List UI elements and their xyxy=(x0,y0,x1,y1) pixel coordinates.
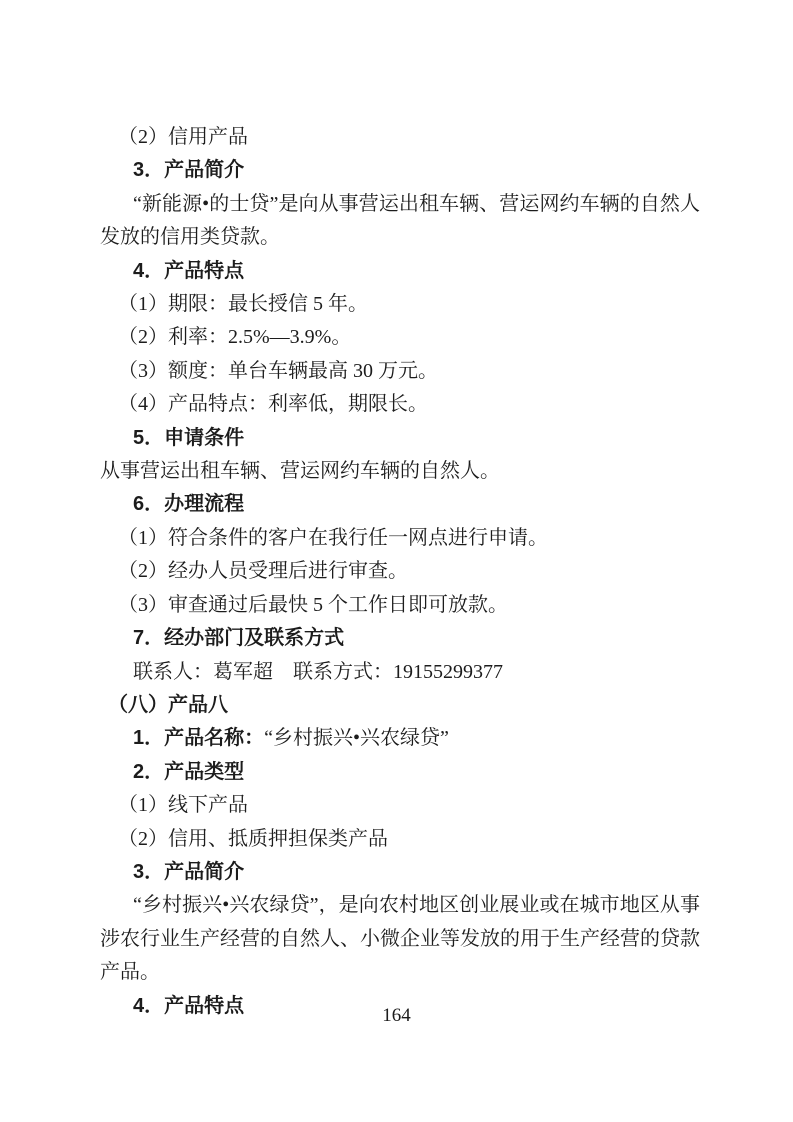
paragraph-item: （3）审查通过后最快 5 个工作日即可放款。 xyxy=(100,589,700,622)
paragraph-para: “新能源•的士贷”是向从事营运出租车辆、营运网约车辆的自然人发放的信用类贷款。 xyxy=(100,188,700,255)
paragraph-item: （1）期限：最长授信 5 年。 xyxy=(100,288,700,321)
paragraph-heading: 2．产品类型 xyxy=(100,756,700,789)
document-body: （2）信用产品3．产品简介“新能源•的士贷”是向从事营运出租车辆、营运网约车辆的… xyxy=(100,121,700,1023)
document-page: （2）信用产品3．产品简介“新能源•的士贷”是向从事营运出租车辆、营运网约车辆的… xyxy=(0,0,793,1122)
paragraph-item: （2）信用、抵质押担保类产品 xyxy=(100,823,700,856)
paragraph-heading: 3．产品简介 xyxy=(100,856,700,889)
paragraph-item: （2）利率：2.5%—3.9%。 xyxy=(100,321,700,354)
paragraph-heading: 6．办理流程 xyxy=(100,488,700,521)
paragraph-heading: 3．产品简介 xyxy=(100,154,700,187)
paragraph-heading: 4．产品特点 xyxy=(100,255,700,288)
page-number: 164 xyxy=(0,1003,793,1029)
paragraph-para: “乡村振兴•兴农绿贷”，是向农村地区创业展业或在城市地区从事涉农行业生产经营的自… xyxy=(100,889,700,989)
paragraph-heading: 7．经办部门及联系方式 xyxy=(100,622,700,655)
paragraph-mixed: 1．产品名称：“乡村振兴•兴农绿贷” xyxy=(100,722,700,755)
paragraph-section: （八）产品八 xyxy=(100,689,700,722)
paragraph-text: “乡村振兴•兴农绿贷” xyxy=(264,727,449,749)
paragraph-item: （4）产品特点：利率低，期限长。 xyxy=(100,388,700,421)
paragraph-item: （1）线下产品 xyxy=(100,789,700,822)
paragraph-bold-prefix: 1．产品名称： xyxy=(133,727,264,749)
paragraph-item: （1）符合条件的客户在我行任一网点进行申请。 xyxy=(100,522,700,555)
paragraph-heading: 5．申请条件 xyxy=(100,422,700,455)
paragraph-item: （3）额度：单台车辆最高 30 万元。 xyxy=(100,355,700,388)
paragraph-item: （2）经办人员受理后进行审查。 xyxy=(100,555,700,588)
paragraph-body: 从事营运出租车辆、营运网约车辆的自然人。 xyxy=(100,455,700,488)
paragraph-item: （2）信用产品 xyxy=(100,121,700,154)
paragraph-para: 联系人：葛军超 联系方式：19155299377 xyxy=(100,656,700,689)
